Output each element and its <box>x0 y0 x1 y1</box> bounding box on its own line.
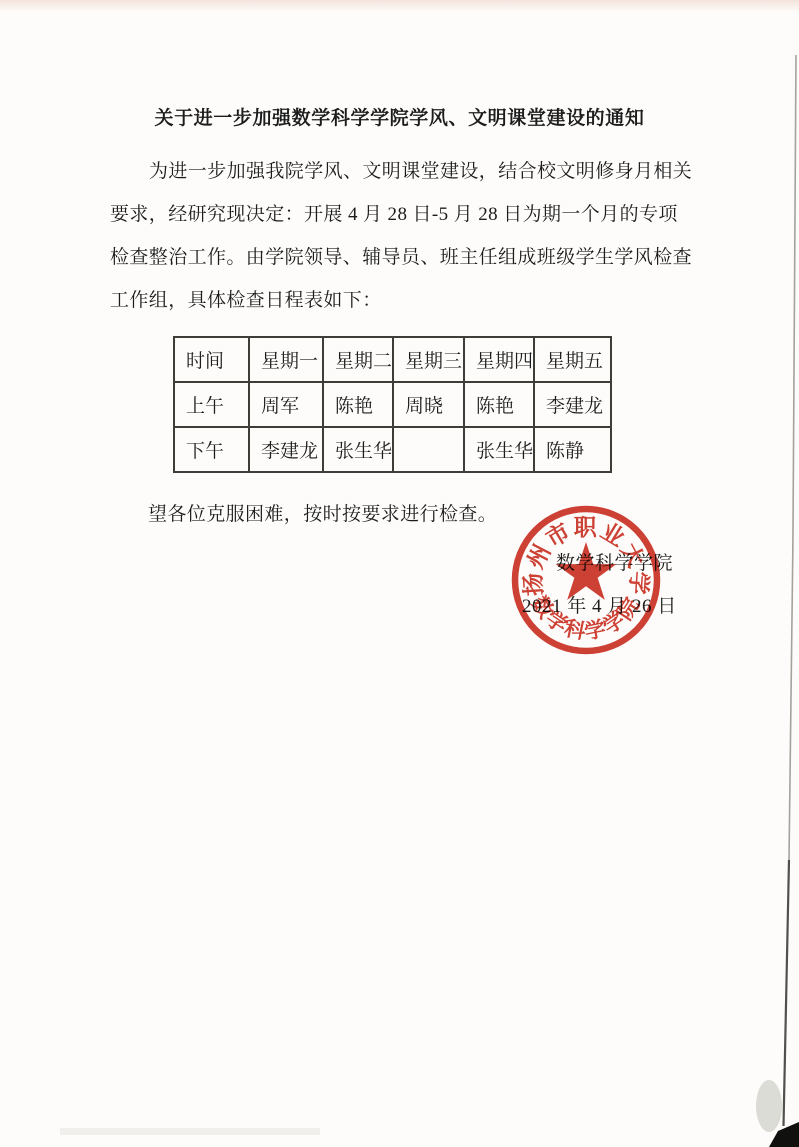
scanned-notice-page: 关于进一步加强数学科学学院学风、文明课堂建设的通知 为进一步加强我院学风、文明课… <box>0 0 799 1147</box>
body-line: 工作组，具体检查日程表如下： <box>110 279 696 322</box>
table-cell: 李建龙 <box>249 427 323 472</box>
table-cell: 张生华 <box>464 427 534 472</box>
signature-text: 数学科学学院 <box>556 548 673 575</box>
scan-edge-line-upper <box>789 55 796 860</box>
notice-title: 关于进一步加强数学科学学院学风、文明课堂建设的通知 <box>0 103 799 130</box>
notice-body: 为进一步加强我院学风、文明课堂建设，结合校文明修身月相关 要求，经研究现决定：开… <box>110 150 696 322</box>
table-cell: 陈静 <box>534 427 611 472</box>
table-header-cell: 星期二 <box>323 337 393 382</box>
table-cell: 周军 <box>249 382 323 427</box>
table-row: 下午 李建龙 张生华 张生华 陈静 <box>174 427 611 472</box>
scan-edge-line-lower <box>784 860 790 1126</box>
body-line: 检查整治工作。由学院领导、辅导员、班主任组成班级学生学风检查 <box>110 236 696 279</box>
table-header-cell: 时间 <box>174 337 249 382</box>
table-cell: 陈艳 <box>464 382 534 427</box>
body-line: 要求，经研究现决定：开展 4 月 28 日-5 月 28 日为期一个月的专项 <box>110 193 696 236</box>
table-header-cell: 星期一 <box>249 337 323 382</box>
table-header-cell: 星期五 <box>534 337 611 382</box>
closing-line: 望各位克服困难，按时按要求进行检查。 <box>148 499 497 526</box>
official-seal-stamp: 扬州市职业大学 数学科学学院 <box>515 509 657 651</box>
scan-top-edge-tint <box>0 0 799 12</box>
table-cell: 李建龙 <box>534 382 611 427</box>
table-cell: 陈艳 <box>323 382 393 427</box>
scan-smudge <box>756 1080 782 1132</box>
table-cell: 上午 <box>174 382 249 427</box>
date-text: 2021 年 4 月 26 日 <box>522 591 677 618</box>
table-cell: 张生华 <box>323 427 393 472</box>
stamp-ring <box>515 509 657 651</box>
schedule-table-container: 时间 星期一 星期二 星期三 星期四 星期五 上午 周军 陈艳 周晓 陈艳 李建… <box>173 336 612 473</box>
body-line: 为进一步加强我院学风、文明课堂建设，结合校文明修身月相关 <box>110 150 696 193</box>
table-cell: 下午 <box>174 427 249 472</box>
table-cell <box>393 427 464 472</box>
table-header-cell: 星期四 <box>464 337 534 382</box>
table-header-row: 时间 星期一 星期二 星期三 星期四 星期五 <box>174 337 611 382</box>
table-header-cell: 星期三 <box>393 337 464 382</box>
table-row: 上午 周军 陈艳 周晓 陈艳 李建龙 <box>174 382 611 427</box>
table-cell: 周晓 <box>393 382 464 427</box>
scan-corner-mark <box>769 1122 799 1147</box>
schedule-table: 时间 星期一 星期二 星期三 星期四 星期五 上午 周军 陈艳 周晓 陈艳 李建… <box>173 336 612 473</box>
scan-bottom-shadow <box>60 1128 320 1135</box>
